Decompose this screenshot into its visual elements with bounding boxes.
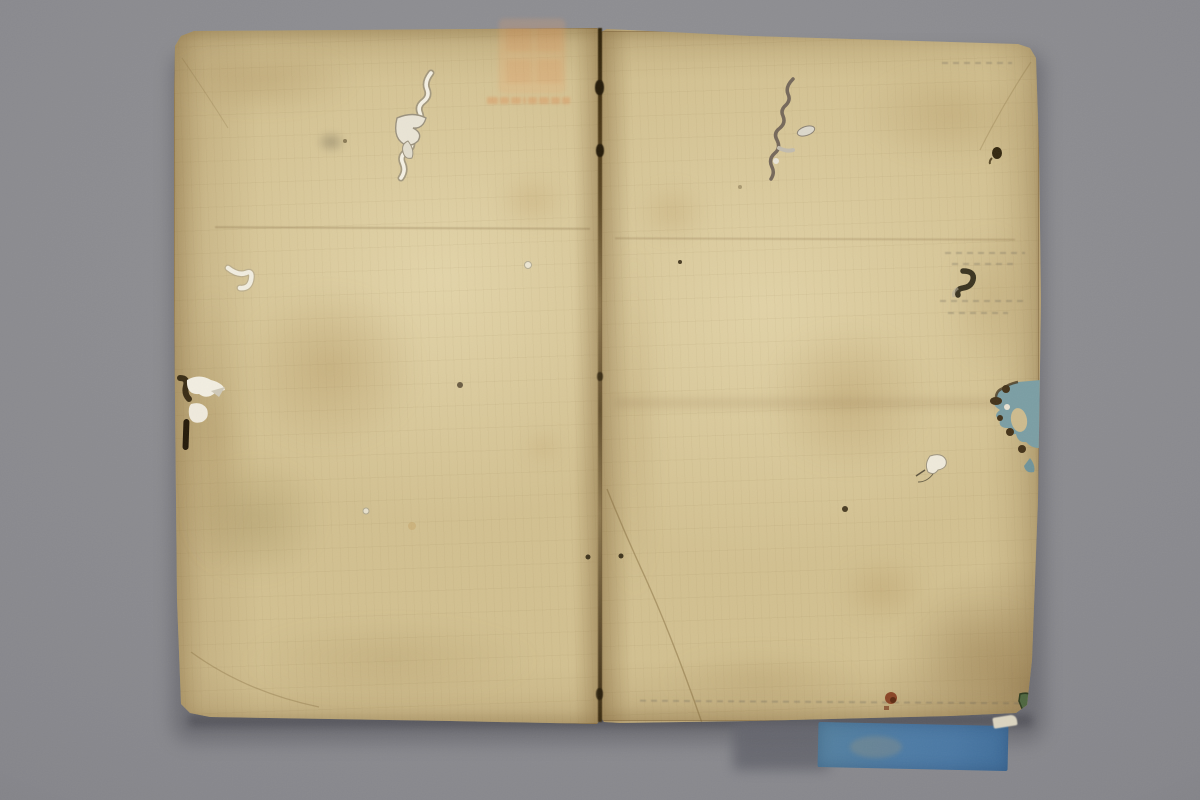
blue-strip-highlight — [850, 736, 902, 758]
watermark-seal-square — [499, 19, 565, 93]
watermark-glyph — [536, 29, 562, 51]
showthrough-dashes — [952, 263, 1018, 265]
showthrough-dashes — [942, 62, 1012, 64]
watermark-glyph — [506, 61, 532, 83]
photo-backdrop — [0, 0, 1200, 800]
showthrough-dashes — [940, 300, 1024, 302]
spine-stitch-knot — [597, 372, 603, 381]
left-page-paper — [170, 24, 606, 730]
right-page-paper — [597, 25, 1045, 729]
showthrough-dashes — [948, 312, 1008, 314]
blue-paper-strip — [818, 722, 1009, 771]
showthrough-dashes — [945, 252, 1025, 254]
right-gutter-shade — [601, 25, 631, 729]
watermark-caption — [487, 96, 585, 105]
watermark-glyph — [536, 61, 562, 83]
watermark-seal — [485, 15, 590, 110]
right-faint-band — [615, 398, 1035, 408]
spine-stitch-knot — [595, 80, 604, 95]
blue-strip-shadow — [733, 722, 829, 770]
spine-stitch-knot — [596, 688, 603, 700]
spine-stitch-knot — [596, 144, 604, 157]
watermark-glyph — [506, 29, 532, 51]
